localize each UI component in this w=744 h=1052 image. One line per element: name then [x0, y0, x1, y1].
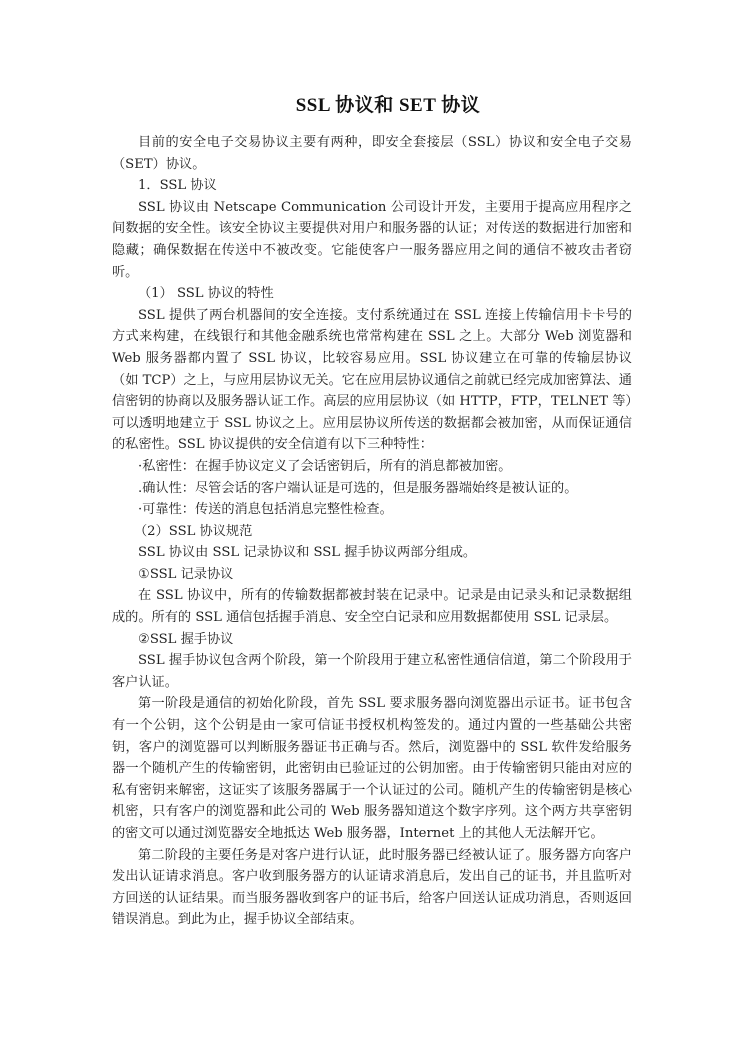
paragraph-handshake-phase2: 第二阶段的主要任务是对客户进行认证，此时服务器已经被认证了。服务器方向客户发出认…	[112, 845, 632, 931]
paragraph-handshake-phase1: 第一阶段是通信的初始化阶段，首先 SSL 要求服务器向浏览器出示证书。证书包含有…	[112, 693, 632, 844]
heading-handshake-protocol: ②SSL 握手协议	[112, 629, 632, 651]
bullet-reliability: ·可靠性：传送的消息包括消息完整性检查。	[112, 499, 632, 521]
paragraph-ssl-components: SSL 协议由 SSL 记录协议和 SSL 握手协议两部分组成。	[112, 542, 632, 564]
document-title: SSL 协议和 SET 协议	[0, 90, 744, 117]
heading-ssl-spec: （2）SSL 协议规范	[112, 521, 632, 543]
paragraph-intro: 目前的安全电子交易协议主要有两种，即安全套接层（SSL）协议和安全电子交易（SE…	[112, 132, 632, 175]
document-body: 目前的安全电子交易协议主要有两种，即安全套接层（SSL）协议和安全电子交易（SE…	[112, 132, 632, 931]
bullet-privacy: ·私密性：在握手协议定义了会话密钥后，所有的消息都被加密。	[112, 456, 632, 478]
paragraph-ssl-features: SSL 提供了两台机器间的安全连接。支付系统通过在 SSL 连接上传输信用卡卡号…	[112, 305, 632, 456]
heading-record-protocol: ①SSL 记录协议	[112, 564, 632, 586]
document-page: SSL 协议和 SET 协议 目前的安全电子交易协议主要有两种，即安全套接层（S…	[0, 0, 744, 1052]
bullet-authentication: .确认性：尽管会话的客户端认证是可选的，但是服务器端始终是被认证的。	[112, 478, 632, 500]
heading-ssl-features: （1） SSL 协议的特性	[112, 283, 632, 305]
paragraph-handshake-overview: SSL 握手协议包含两个阶段，第一个阶段用于建立私密性通信信道，第二个阶段用于客…	[112, 650, 632, 693]
paragraph-record-protocol: 在 SSL 协议中，所有的传输数据都被封装在记录中。记录是由记录头和记录数据组成…	[112, 585, 632, 628]
heading-ssl-protocol: 1．SSL 协议	[112, 175, 632, 197]
paragraph-ssl-overview: SSL 协议由 Netscape Communication 公司设计开发，主要…	[112, 197, 632, 283]
